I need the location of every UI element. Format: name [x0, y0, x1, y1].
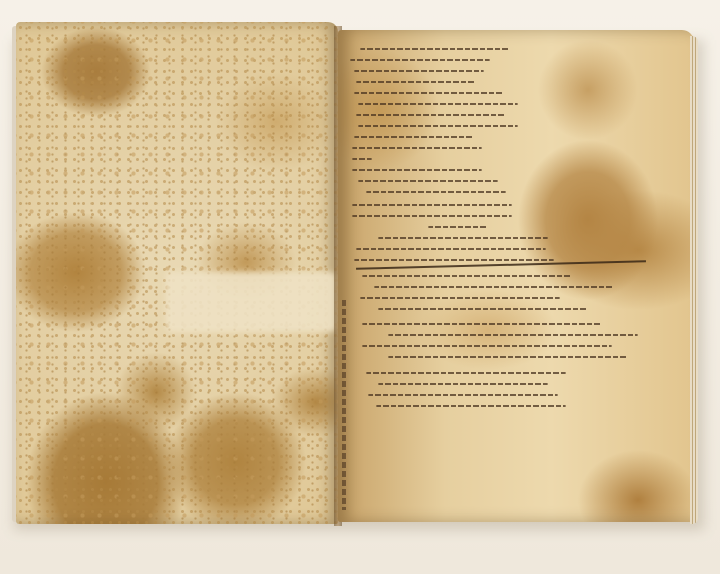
handwriting-line [358, 103, 518, 105]
handwriting-line [366, 372, 566, 374]
pale-patch [166, 272, 336, 332]
handwriting-line [352, 204, 512, 206]
handwriting-line [366, 191, 506, 193]
vertical-margin-note [342, 300, 346, 510]
handwriting-line [388, 334, 638, 336]
handwriting-line [356, 248, 546, 250]
handwriting-line [376, 405, 566, 407]
handwriting-line [354, 136, 474, 138]
handwriting-line [362, 275, 572, 277]
handwriting-line [362, 323, 602, 325]
handwriting-line [356, 81, 476, 83]
handwriting-line [388, 356, 628, 358]
handwriting-line [354, 92, 504, 94]
handwriting-line [356, 114, 506, 116]
handwriting-line [352, 169, 482, 171]
handwriting-line [354, 70, 484, 72]
handwriting-line [378, 383, 548, 385]
handwriting-line [360, 297, 560, 299]
handwriting-line [358, 180, 498, 182]
handwriting-line [378, 308, 588, 310]
handwriting-line [374, 286, 614, 288]
handwriting-line [428, 226, 488, 228]
handwriting-line [354, 259, 554, 261]
right-page: Handwritten Greek script in brown ink, l… [338, 30, 694, 522]
handwriting-line [378, 237, 548, 239]
left-page: Heavily stained and foxed page with fain… [16, 22, 338, 524]
handwritten-text-block [348, 42, 648, 407]
handwriting-line [368, 394, 558, 396]
handwriting-line [358, 125, 518, 127]
handwriting-line [352, 215, 512, 217]
handwriting-line [360, 48, 510, 50]
handwriting-line [352, 147, 482, 149]
page-stack-edge [690, 36, 698, 524]
photo-background: Heavily stained and foxed page with fain… [0, 0, 720, 574]
handwriting-line [350, 59, 490, 61]
handwriting-line [352, 158, 372, 160]
handwriting-line [362, 345, 612, 347]
